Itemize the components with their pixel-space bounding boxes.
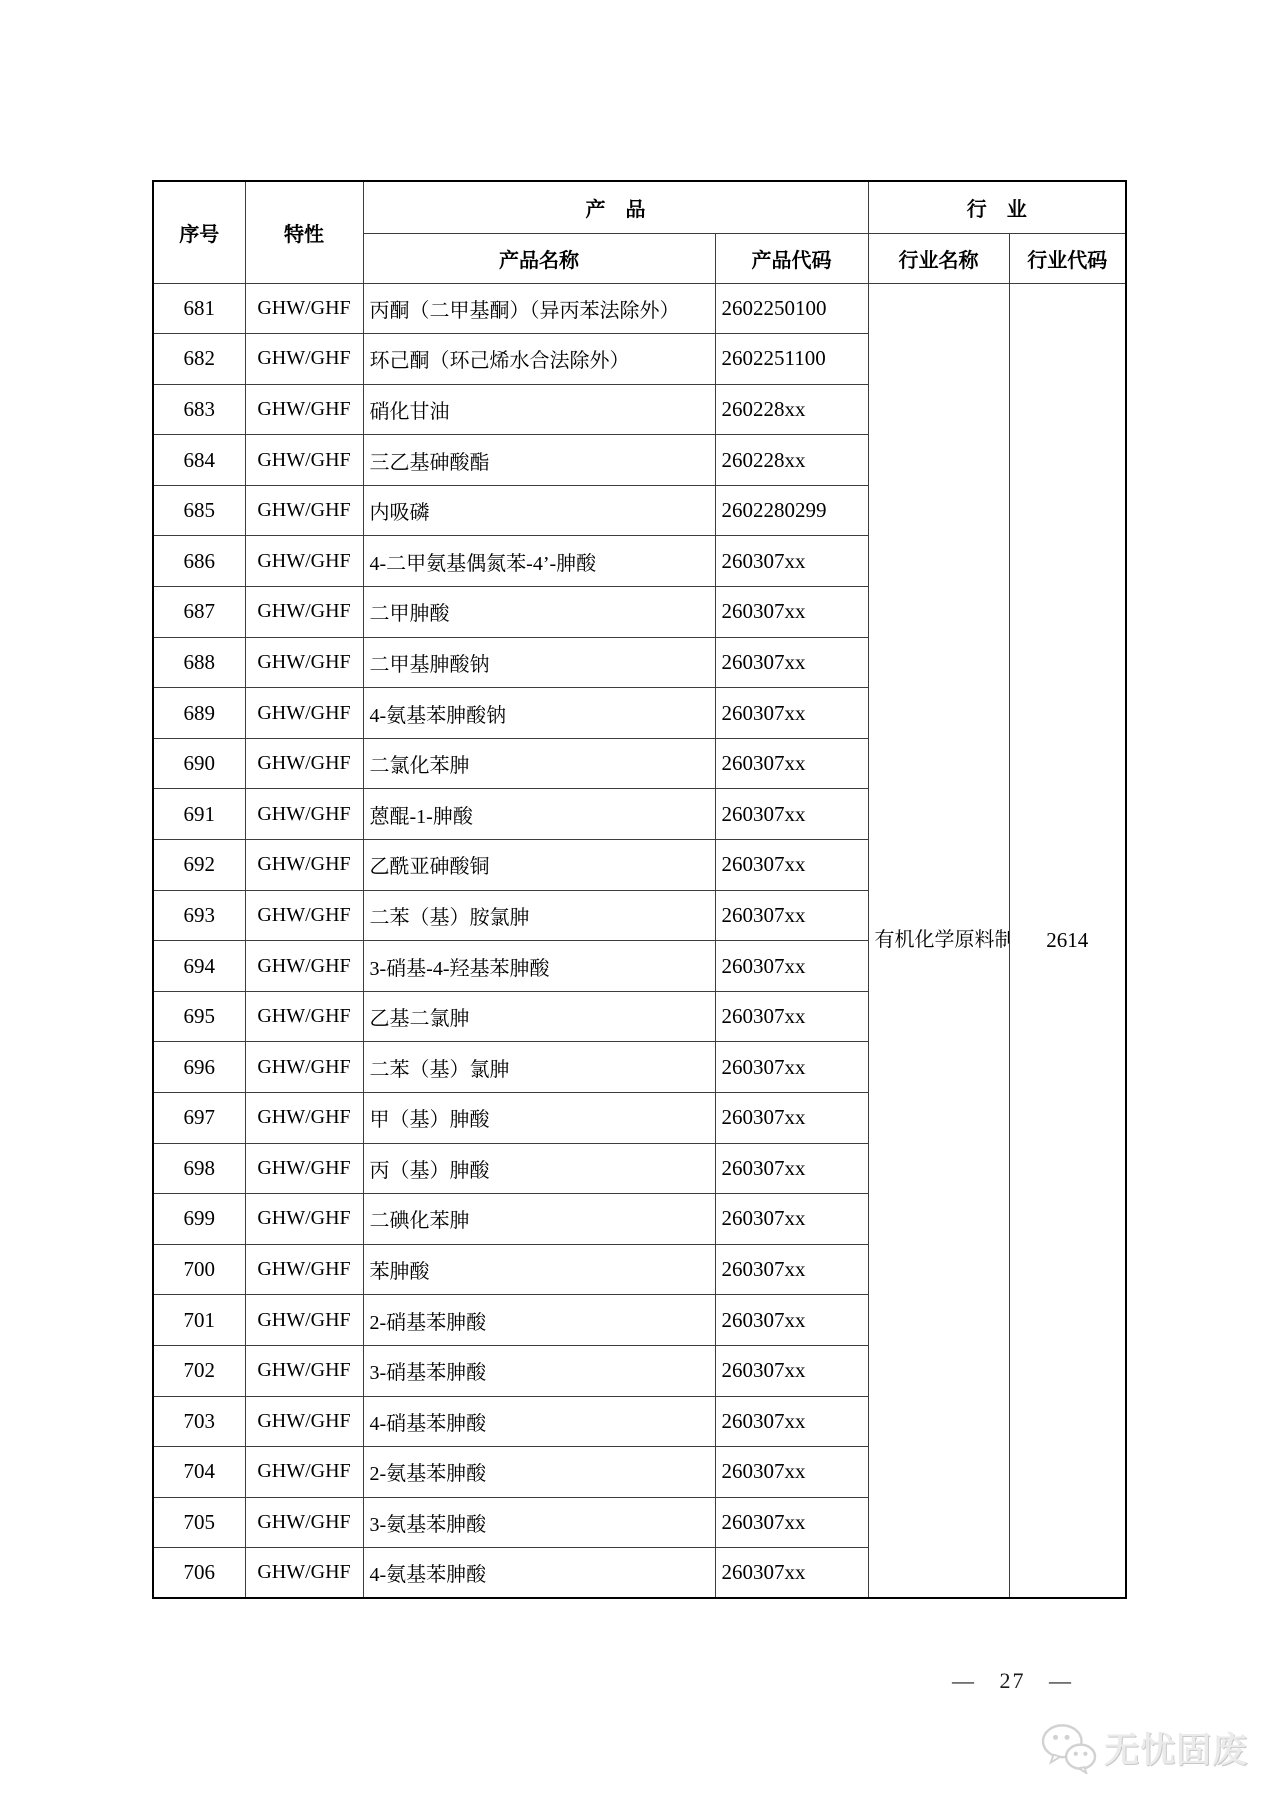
- cell-product-code: 260307xx: [715, 1042, 868, 1093]
- cell-characteristic: GHW/GHF: [245, 1345, 363, 1396]
- header-group-row: 序号 特性 产 品 行 业: [153, 181, 1126, 233]
- cell-industry-name: 有机化学原料制造: [868, 283, 1009, 1598]
- cell-product-code: 2602250100: [715, 283, 868, 334]
- table-body: 681GHW/GHF丙酮（二甲基酮）（异丙苯法除外）2602250100有机化学…: [153, 283, 1126, 1598]
- cell-product-name: 二碘化苯胂: [363, 1194, 715, 1245]
- cell-product-name: 4-氨基苯胂酸: [363, 1548, 715, 1599]
- cell-serial-number: 687: [153, 587, 245, 638]
- cell-product-name: 丙（基）胂酸: [363, 1143, 715, 1194]
- page-number: — 27 —: [952, 1668, 1073, 1694]
- cell-product-name: 二甲基胂酸钠: [363, 637, 715, 688]
- cell-characteristic: GHW/GHF: [245, 1244, 363, 1295]
- cell-product-name: 三乙基砷酸酯: [363, 435, 715, 486]
- cell-serial-number: 696: [153, 1042, 245, 1093]
- cell-serial-number: 685: [153, 485, 245, 536]
- header-product-group: 产 品: [363, 181, 868, 233]
- cell-product-name: 二苯（基）氯胂: [363, 1042, 715, 1093]
- cell-product-code: 260307xx: [715, 587, 868, 638]
- watermark-text: 无忧固废: [1104, 1723, 1248, 1773]
- cell-product-name: 二苯（基）胺氯胂: [363, 890, 715, 941]
- cell-product-name: 乙基二氯胂: [363, 991, 715, 1042]
- cell-characteristic: GHW/GHF: [245, 384, 363, 435]
- cell-product-name: 二氯化苯胂: [363, 738, 715, 789]
- cell-product-code: 260307xx: [715, 1548, 868, 1599]
- cell-characteristic: GHW/GHF: [245, 1093, 363, 1144]
- cell-product-name: 3-硝基苯胂酸: [363, 1345, 715, 1396]
- cell-product-name: 2-硝基苯胂酸: [363, 1295, 715, 1346]
- cell-characteristic: GHW/GHF: [245, 688, 363, 739]
- cell-serial-number: 700: [153, 1244, 245, 1295]
- header-product-name: 产品名称: [363, 233, 715, 283]
- cell-serial-number: 698: [153, 1143, 245, 1194]
- cell-product-code: 260307xx: [715, 1093, 868, 1144]
- cell-characteristic: GHW/GHF: [245, 1143, 363, 1194]
- cell-product-name: 乙酰亚砷酸铜: [363, 840, 715, 891]
- cell-characteristic: GHW/GHF: [245, 1548, 363, 1599]
- cell-serial-number: 703: [153, 1396, 245, 1447]
- cell-serial-number: 697: [153, 1093, 245, 1144]
- cell-characteristic: GHW/GHF: [245, 587, 363, 638]
- cell-serial-number: 688: [153, 637, 245, 688]
- header-industry-name: 行业名称: [868, 233, 1009, 283]
- cell-product-code: 260307xx: [715, 1194, 868, 1245]
- cell-characteristic: GHW/GHF: [245, 283, 363, 334]
- wechat-logo-icon: [1040, 1722, 1098, 1774]
- header-serial: 序号: [153, 181, 245, 283]
- header-product-code: 产品代码: [715, 233, 868, 283]
- cell-serial-number: 691: [153, 789, 245, 840]
- cell-serial-number: 684: [153, 435, 245, 486]
- product-industry-table: 序号 特性 产 品 行 业 产品名称 产品代码 行业名称 行业代码 681GHW…: [152, 180, 1127, 1599]
- cell-product-name: 4-硝基苯胂酸: [363, 1396, 715, 1447]
- header-industry-group: 行 业: [868, 181, 1126, 233]
- cell-characteristic: GHW/GHF: [245, 536, 363, 587]
- header-industry-code: 行业代码: [1009, 233, 1126, 283]
- cell-product-name: 3-氨基苯胂酸: [363, 1497, 715, 1548]
- cell-product-name: 4-二甲氨基偶氮苯-4’-胂酸: [363, 536, 715, 587]
- cell-product-code: 260307xx: [715, 789, 868, 840]
- cell-serial-number: 692: [153, 840, 245, 891]
- cell-characteristic: GHW/GHF: [245, 1295, 363, 1346]
- cell-characteristic: GHW/GHF: [245, 637, 363, 688]
- cell-serial-number: 704: [153, 1447, 245, 1498]
- cell-product-code: 260307xx: [715, 1143, 868, 1194]
- cell-characteristic: GHW/GHF: [245, 991, 363, 1042]
- cell-product-code: 260307xx: [715, 637, 868, 688]
- cell-product-name: 二甲胂酸: [363, 587, 715, 638]
- header-characteristic: 特性: [245, 181, 363, 283]
- cell-serial-number: 690: [153, 738, 245, 789]
- cell-serial-number: 706: [153, 1548, 245, 1599]
- cell-serial-number: 682: [153, 334, 245, 385]
- cell-characteristic: GHW/GHF: [245, 334, 363, 385]
- cell-product-name: 内吸磷: [363, 485, 715, 536]
- cell-product-code: 260307xx: [715, 1244, 868, 1295]
- document-page: 序号 特性 产 品 行 业 产品名称 产品代码 行业名称 行业代码 681GHW…: [0, 0, 1280, 1810]
- cell-product-code: 260307xx: [715, 738, 868, 789]
- cell-product-name: 甲（基）胂酸: [363, 1093, 715, 1144]
- cell-serial-number: 689: [153, 688, 245, 739]
- cell-serial-number: 683: [153, 384, 245, 435]
- cell-product-code: 260307xx: [715, 1447, 868, 1498]
- cell-product-code: 260307xx: [715, 1497, 868, 1548]
- cell-characteristic: GHW/GHF: [245, 890, 363, 941]
- cell-product-code: 260307xx: [715, 941, 868, 992]
- cell-characteristic: GHW/GHF: [245, 435, 363, 486]
- cell-product-name: 苯胂酸: [363, 1244, 715, 1295]
- cell-serial-number: 694: [153, 941, 245, 992]
- watermark: 无忧固废: [1040, 1722, 1248, 1774]
- cell-serial-number: 681: [153, 283, 245, 334]
- cell-product-code: 260307xx: [715, 536, 868, 587]
- cell-product-name: 3-硝基-4-羟基苯胂酸: [363, 941, 715, 992]
- cell-characteristic: GHW/GHF: [245, 485, 363, 536]
- cell-product-code: 260307xx: [715, 1396, 868, 1447]
- table-header: 序号 特性 产 品 行 业 产品名称 产品代码 行业名称 行业代码: [153, 181, 1126, 283]
- cell-characteristic: GHW/GHF: [245, 738, 363, 789]
- cell-characteristic: GHW/GHF: [245, 941, 363, 992]
- cell-serial-number: 705: [153, 1497, 245, 1548]
- cell-product-code: 2602280299: [715, 485, 868, 536]
- cell-product-code: 260228xx: [715, 384, 868, 435]
- cell-characteristic: GHW/GHF: [245, 789, 363, 840]
- cell-product-name: 丙酮（二甲基酮）（异丙苯法除外）: [363, 283, 715, 334]
- cell-product-name: 硝化甘油: [363, 384, 715, 435]
- cell-product-code: 2602251100: [715, 334, 868, 385]
- cell-product-code: 260307xx: [715, 890, 868, 941]
- cell-serial-number: 693: [153, 890, 245, 941]
- cell-product-name: 4-氨基苯胂酸钠: [363, 688, 715, 739]
- cell-product-code: 260307xx: [715, 991, 868, 1042]
- hazard-product-table: 序号 特性 产 品 行 业 产品名称 产品代码 行业名称 行业代码 681GHW…: [152, 180, 1127, 1599]
- cell-product-code: 260307xx: [715, 1295, 868, 1346]
- cell-product-name: 蒽醌-1-胂酸: [363, 789, 715, 840]
- cell-product-name: 环己酮（环己烯水合法除外）: [363, 334, 715, 385]
- cell-serial-number: 702: [153, 1345, 245, 1396]
- cell-serial-number: 701: [153, 1295, 245, 1346]
- cell-serial-number: 699: [153, 1194, 245, 1245]
- cell-product-code: 260307xx: [715, 1345, 868, 1396]
- cell-product-name: 2-氨基苯胂酸: [363, 1447, 715, 1498]
- cell-characteristic: GHW/GHF: [245, 840, 363, 891]
- cell-product-code: 260228xx: [715, 435, 868, 486]
- cell-characteristic: GHW/GHF: [245, 1194, 363, 1245]
- cell-product-code: 260307xx: [715, 840, 868, 891]
- cell-characteristic: GHW/GHF: [245, 1396, 363, 1447]
- cell-serial-number: 695: [153, 991, 245, 1042]
- table-row: 681GHW/GHF丙酮（二甲基酮）（异丙苯法除外）2602250100有机化学…: [153, 283, 1126, 334]
- cell-industry-code: 2614: [1009, 283, 1126, 1598]
- cell-characteristic: GHW/GHF: [245, 1447, 363, 1498]
- cell-serial-number: 686: [153, 536, 245, 587]
- cell-characteristic: GHW/GHF: [245, 1042, 363, 1093]
- cell-characteristic: GHW/GHF: [245, 1497, 363, 1548]
- cell-product-code: 260307xx: [715, 688, 868, 739]
